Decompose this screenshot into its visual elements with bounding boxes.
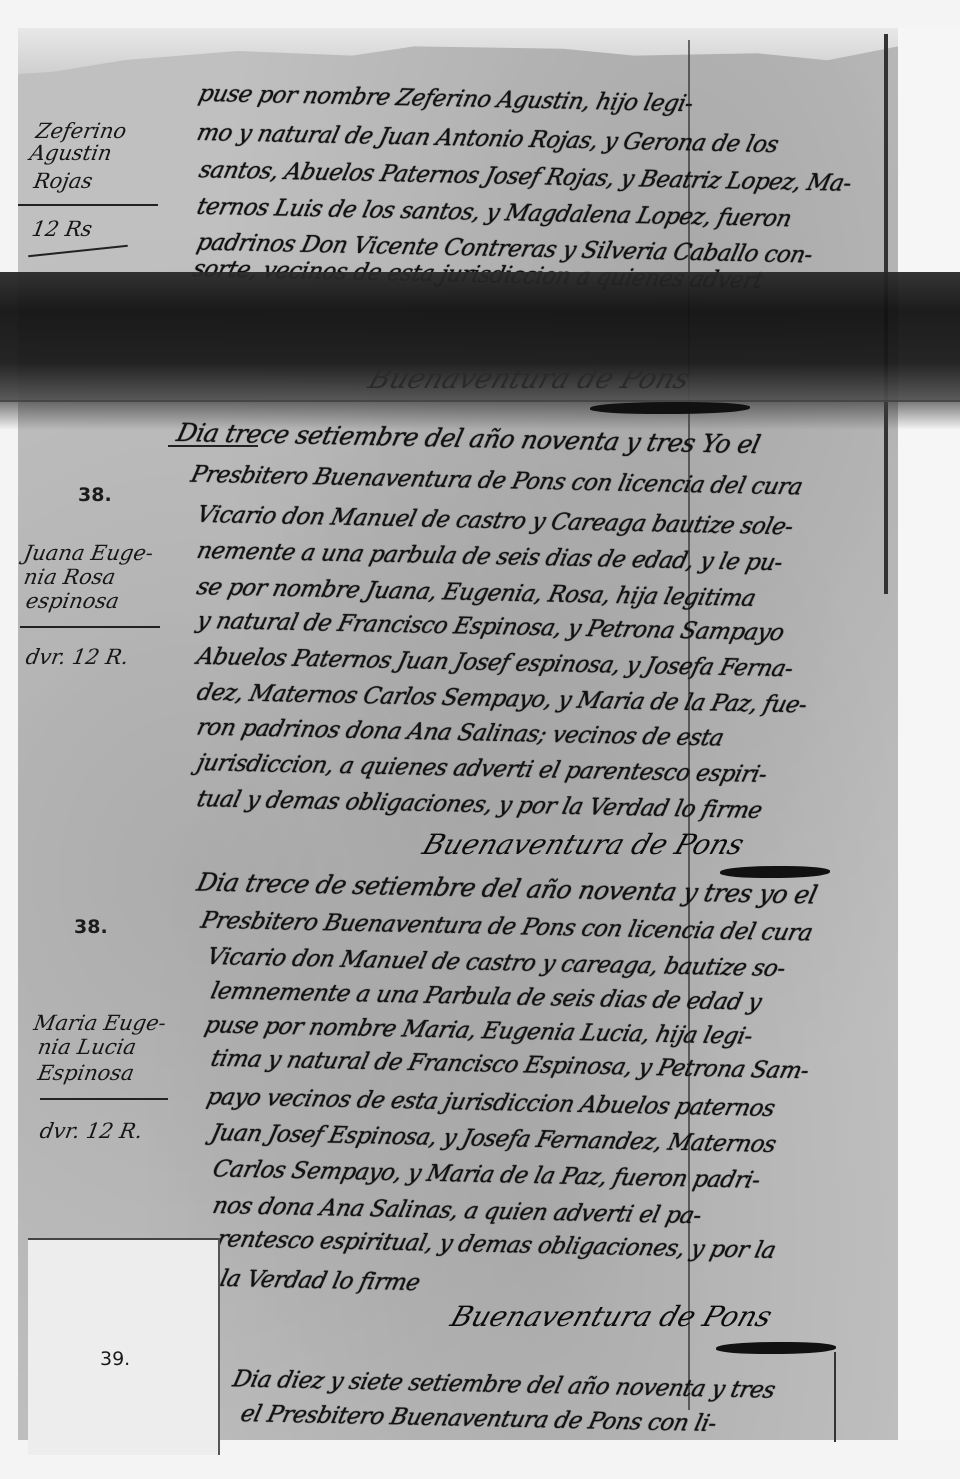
margin-divider (40, 1098, 168, 1100)
margin-name-line: Rojas (32, 168, 95, 195)
margin-name-line: Maria Euge- (32, 1010, 169, 1037)
signature-rubric (716, 1342, 836, 1354)
entry-number: 38. (74, 916, 108, 938)
signature-faint: Buenaventura de Pons (365, 362, 695, 395)
margin-fee: dvr. 12 R. (38, 1118, 145, 1145)
text-line: la Verdad lo firme (217, 1266, 422, 1296)
entry-number: 39. (100, 1348, 130, 1370)
signature: Buenaventura de Pons (419, 828, 749, 861)
entry-number: 38. (78, 484, 112, 506)
margin-name-line: nia Rosa (22, 564, 118, 591)
signature-rubric (720, 866, 830, 878)
margin-name-line: Espinosa (36, 1060, 136, 1087)
margin-paper-patch (28, 1238, 220, 1455)
right-rule-bottom (834, 1352, 836, 1442)
margin-name-line: nia Lucia (36, 1034, 139, 1061)
scan-right-margin (898, 28, 960, 1440)
margin-fee: dvr. 12 R. (24, 644, 131, 671)
margin-name-line: espinosa (24, 588, 122, 615)
margin-fee: 12 Rs (30, 216, 95, 243)
signature: Buenaventura de Pons (447, 1300, 777, 1333)
margin-divider (18, 204, 158, 206)
margin-name-line: Juana Euge- (22, 540, 156, 567)
margin-divider (20, 626, 160, 628)
signature-rubric (590, 402, 750, 414)
margin-name-line: Agustin (28, 140, 114, 167)
